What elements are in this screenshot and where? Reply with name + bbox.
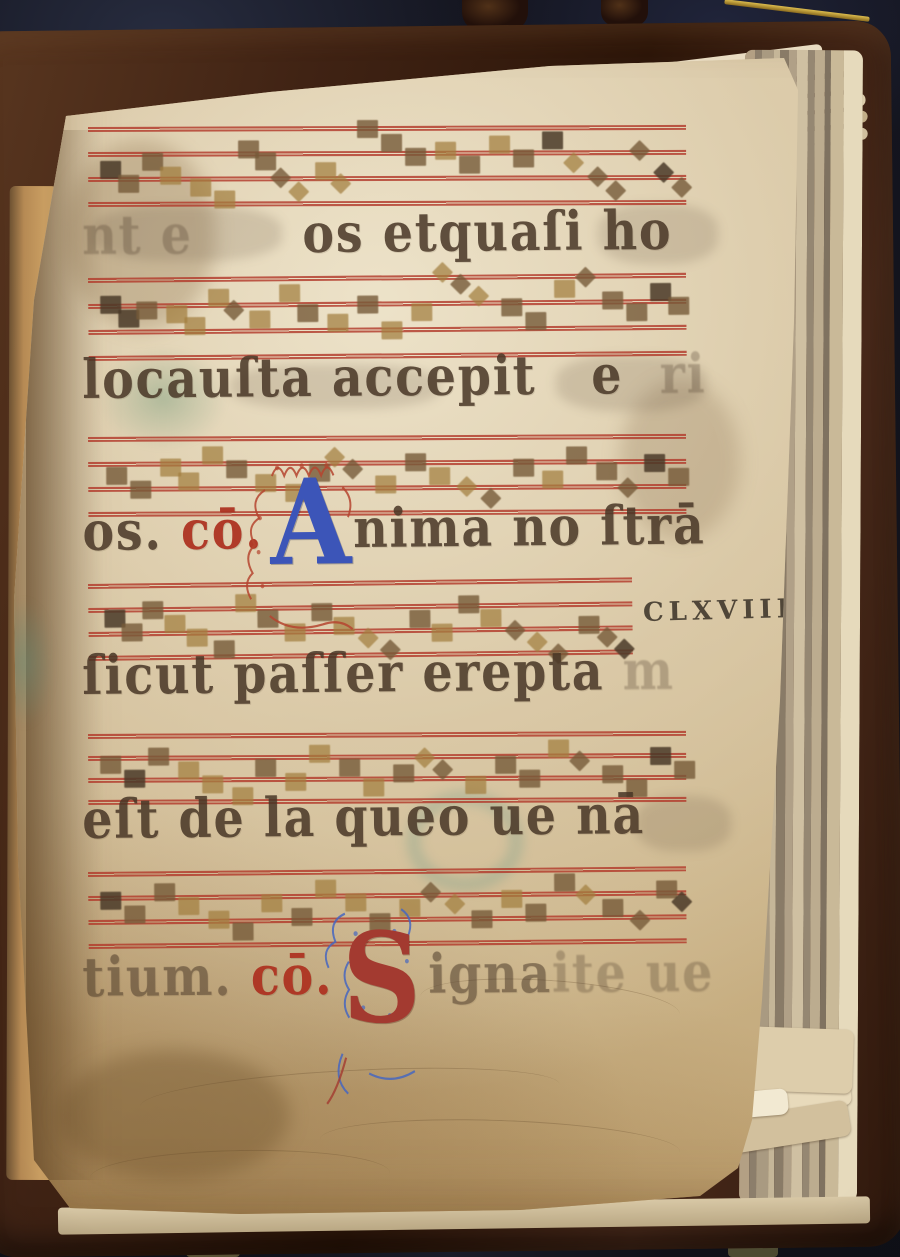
neume — [357, 120, 378, 138]
neume — [409, 610, 430, 628]
illuminated-initial-S: S — [338, 939, 420, 1060]
neume — [328, 314, 349, 332]
text-segment: ite ue — [552, 939, 715, 1004]
neume — [106, 467, 127, 485]
neume — [226, 460, 247, 478]
neume — [208, 911, 229, 929]
neume — [288, 181, 309, 202]
neume — [542, 131, 563, 149]
neume — [270, 167, 291, 188]
neume — [525, 904, 546, 922]
text-segment: ſicut paſſer erepta — [82, 638, 605, 707]
neume — [256, 152, 277, 170]
neume — [190, 179, 211, 197]
neume — [629, 140, 650, 161]
chant-text-line: ſicut paſſer erepta m — [82, 643, 675, 702]
neume — [184, 317, 205, 335]
neume — [279, 284, 300, 302]
stave-line — [88, 125, 686, 132]
neume — [315, 880, 336, 898]
text-segment: nt e — [82, 202, 193, 267]
text-segment: igna — [428, 941, 552, 1006]
neume — [333, 617, 354, 635]
neume — [563, 152, 584, 173]
neume — [630, 910, 651, 931]
neume — [602, 291, 623, 309]
neume — [160, 167, 181, 185]
stave-line — [88, 731, 686, 739]
text-segment: os. — [82, 498, 181, 563]
neume — [405, 148, 426, 166]
neume — [202, 446, 223, 464]
chant-text-line: locauſta accepit e ri — [82, 347, 707, 406]
neume — [554, 280, 575, 298]
neume — [513, 459, 534, 477]
neume — [420, 882, 441, 903]
neume — [124, 770, 145, 788]
neume — [602, 765, 623, 783]
text-segment: tium. — [82, 944, 251, 1009]
chant-text-line: tium. cō. Signaite ue — [82, 936, 715, 1062]
neume — [501, 298, 522, 316]
neume — [256, 759, 277, 777]
neume — [298, 304, 319, 322]
neume — [489, 136, 510, 154]
neume — [136, 301, 157, 319]
manuscript-photo: CLXVIII nt e os etquaſi holocauſta accep… — [0, 0, 900, 1257]
rubric: cō. — [251, 943, 334, 1008]
neume — [232, 922, 253, 940]
neume — [381, 134, 402, 152]
neume — [566, 446, 587, 464]
neume — [575, 267, 596, 288]
text-segment: locauſta accepit — [82, 343, 537, 411]
illuminated-initial-A: A — [268, 493, 345, 614]
neume — [650, 747, 671, 765]
neume — [154, 883, 175, 901]
text-segment: os etquaſi ho — [302, 198, 672, 265]
neume — [100, 892, 121, 910]
neume — [178, 897, 199, 915]
stave-line — [88, 273, 686, 283]
neume — [525, 312, 546, 330]
neume — [668, 468, 689, 486]
neume — [548, 739, 569, 757]
neume — [644, 454, 665, 472]
neume — [292, 908, 313, 926]
neume — [596, 462, 617, 480]
neume — [405, 453, 426, 471]
neume — [671, 177, 692, 198]
neume — [178, 472, 199, 490]
neume — [262, 894, 283, 912]
neume — [543, 471, 564, 489]
neume — [459, 156, 480, 174]
stave-line — [88, 866, 686, 877]
neume — [575, 884, 596, 905]
text-segment: e — [536, 342, 623, 407]
text-segment: m — [604, 638, 675, 703]
neume — [121, 623, 142, 641]
neume — [414, 747, 435, 768]
text-segment — [192, 201, 302, 266]
neume — [429, 467, 450, 485]
rubric: cō. — [181, 497, 264, 562]
text-segment: eſt de la queo ue nā — [82, 782, 645, 851]
neume — [578, 616, 599, 634]
initial-letter: A — [270, 463, 354, 582]
neume — [435, 142, 456, 160]
neume — [513, 149, 534, 167]
repair-guard — [744, 1026, 854, 1094]
neume — [501, 890, 522, 908]
neume — [656, 880, 677, 898]
neume — [504, 620, 525, 641]
neume — [250, 310, 271, 328]
neume — [118, 175, 139, 193]
neume — [315, 162, 336, 180]
stave-line — [88, 753, 686, 761]
neume — [411, 303, 432, 321]
chant-text-line: eſt de la queo ue nā — [82, 787, 645, 846]
initial-letter: S — [342, 917, 424, 1042]
chant-text-line: os. cō. Anima no ſtrā — [82, 489, 706, 616]
stave-line — [88, 434, 686, 442]
parchment-wrinkle — [90, 1147, 391, 1203]
text-segment: ri — [623, 342, 707, 407]
neume — [124, 905, 145, 923]
neume — [393, 764, 414, 782]
neume — [208, 289, 229, 307]
neume — [626, 303, 647, 321]
top-clasp-knob — [601, 0, 648, 26]
neume — [603, 899, 624, 917]
neume — [375, 475, 396, 493]
neume — [339, 759, 360, 777]
neume — [674, 761, 695, 779]
neume — [309, 745, 330, 763]
text-segment: nima no ſtrā — [353, 492, 706, 560]
neume — [495, 756, 516, 774]
neume — [587, 166, 608, 187]
neume — [284, 623, 305, 641]
neume — [178, 761, 199, 779]
chant-text-line: nt e os etquaſi ho — [82, 203, 673, 262]
neume — [554, 873, 575, 891]
neume — [100, 756, 121, 774]
neume — [148, 748, 169, 766]
neume — [471, 910, 492, 928]
neume — [357, 295, 378, 313]
neume — [381, 321, 402, 339]
neume — [165, 615, 186, 633]
neume — [668, 297, 689, 315]
